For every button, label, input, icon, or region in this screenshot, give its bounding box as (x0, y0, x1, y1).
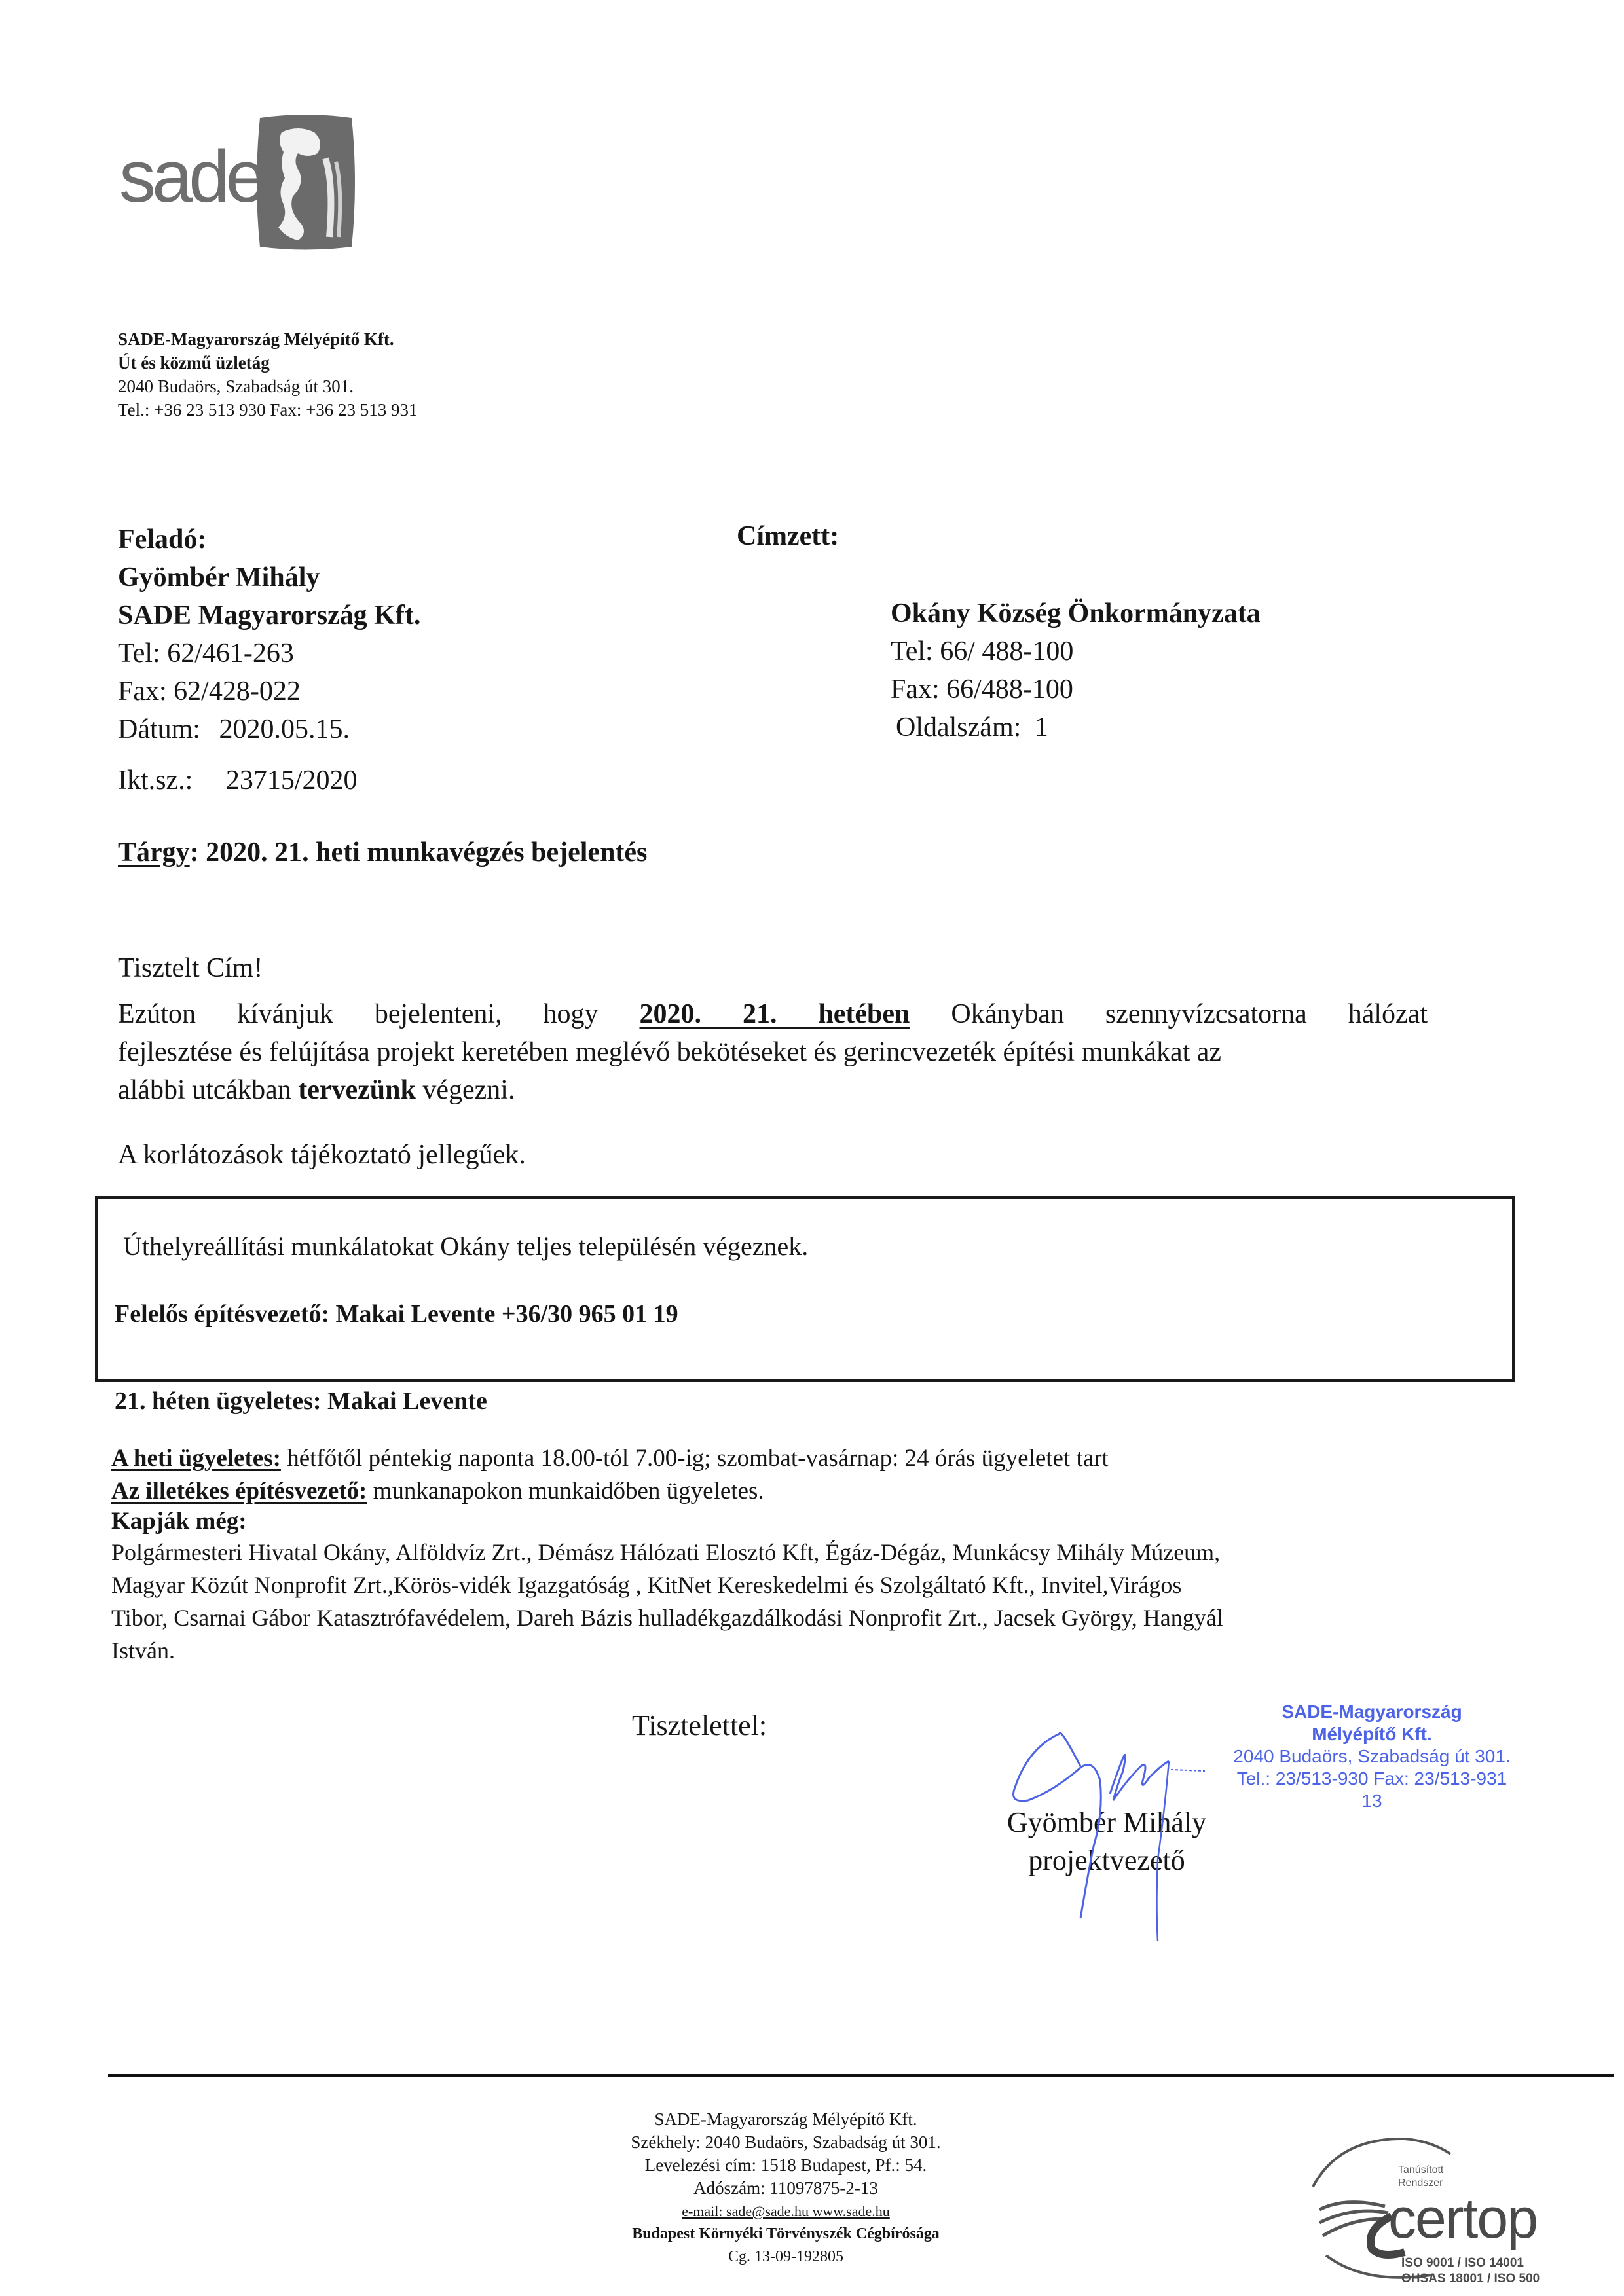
letterhead-contact: Tel.: +36 23 513 930 Fax: +36 23 513 931 (118, 398, 418, 422)
recipient-block: Okány Község Önkormányzata Tel: 66/ 488-… (891, 594, 1261, 746)
letterhead-company: SADE-Magyarország Mélyépítő Kft. (118, 327, 418, 351)
certop-iso-1: ISO 9001 / ISO 14001 (1401, 2255, 1540, 2271)
sender-ref-row: Ikt.sz.: 23715/2020 (118, 761, 420, 799)
sender-block: Feladó: Gyömbér Mihály SADE Magyarország… (118, 520, 420, 799)
closing-regards: Tisztelettel: (632, 1709, 767, 1742)
greeting: Tisztelt Cím! (118, 953, 263, 984)
recipient-page-row: Oldalszám: 1 (891, 708, 1261, 746)
ref-label: Ikt.sz.: (118, 765, 193, 795)
p1-week: 2020. 21. hetében (640, 999, 910, 1029)
notice-restoration: Úthelyreállítási munkálatokat Okány telj… (123, 1231, 808, 1262)
stamp-line-1: SADE-Magyarország (1218, 1701, 1526, 1723)
duty-week: 21. héten ügyeletes: Makai Levente (115, 1387, 487, 1415)
manager-duty-text: munkanapokon munkaidőben ügyeletes. (367, 1478, 764, 1504)
cc-line: Polgármesteri Hivatal Okány, Alföldvíz Z… (111, 1536, 1428, 1569)
letterhead-address: 2040 Budaörs, Szabadság út 301. (118, 374, 418, 398)
sade-emblem-icon (252, 113, 360, 253)
footer-tax: Adószám: 11097875-2-13 (553, 2177, 1018, 2200)
sender-label: Feladó: (118, 520, 420, 558)
cc-line: István. (111, 1634, 1428, 1667)
recipient-label: Címzett: (737, 520, 839, 552)
p1-line3-bold: tervezünk (298, 1075, 416, 1105)
cc-line: Magyar Közút Nonprofit Zrt.,Körös-vidék … (111, 1569, 1428, 1601)
certop-iso-2: OHSAS 18001 / ISO 500 (1401, 2271, 1540, 2287)
manager-duty-label: Az illetékes építésvezető: (111, 1478, 367, 1504)
stamp-line-4: Tel.: 23/513-930 Fax: 23/513-931 (1218, 1768, 1526, 1790)
sender-fax: Fax: 62/428-022 (118, 672, 420, 710)
recipient-tel: Tel: 66/ 488-100 (891, 632, 1261, 670)
footer-company: SADE-Magyarország Mélyépítő Kft. (553, 2108, 1018, 2131)
footer-court: Budapest Környéki Törvényszék Cégbíróság… (553, 2223, 1018, 2246)
footer-web-link[interactable]: e-mail: sade@sade.hu www.sade.hu (553, 2200, 1018, 2223)
letterhead-block: SADE-Magyarország Mélyépítő Kft. Út és k… (118, 327, 418, 422)
recipient-name: Okány Község Önkormányzata (891, 594, 1261, 632)
cc-line: Tibor, Csarnai Gábor Katasztrófavédelem,… (111, 1601, 1428, 1634)
subject-text: : 2020. 21. heti munkavégzés bejelentés (190, 837, 648, 867)
weekly-duty-row: A heti ügyeletes: hétfőtől péntekig napo… (111, 1442, 1486, 1475)
recipient-fax: Fax: 66/488-100 (891, 670, 1261, 708)
footer-reg: Cg. 13-09-192805 (553, 2246, 1018, 2269)
certop-brand: certop (1388, 2187, 1537, 2251)
certop-caption: Tanúsított Rendszer (1398, 2164, 1443, 2190)
date-label: Dátum: (118, 714, 200, 744)
page-number: 1 (1035, 712, 1048, 742)
notice-site-manager: Felelős építésvezető: Makai Levente +36/… (115, 1300, 678, 1328)
footer-block: SADE-Magyarország Mélyépítő Kft. Székhel… (553, 2108, 1018, 2269)
weekly-duty-label: A heti ügyeletes: (111, 1445, 281, 1472)
date-value: 2020.05.15. (219, 714, 350, 744)
letterhead-division: Út és közmű üzletág (118, 351, 418, 374)
restrictions-note: A korlátozások tájékoztató jellegűek. (118, 1139, 526, 1171)
paragraph-line-2: fejlesztése és felújítása projekt kereté… (118, 1033, 1428, 1071)
stamp-line-5: 13 (1218, 1790, 1526, 1812)
certop-caption-1: Tanúsított (1398, 2164, 1443, 2177)
paragraph-line-1: Ezúton kívánjuk bejelenteni, hogy 2020. … (118, 995, 1428, 1033)
sender-company: SADE Magyarország Kft. (118, 596, 420, 634)
sender-date-row: Dátum: 2020.05.15. (118, 710, 420, 748)
company-logo-text: sade (119, 134, 263, 219)
p1-line3-end: végezni. (416, 1075, 515, 1105)
sender-tel: Tel: 62/461-263 (118, 634, 420, 672)
p1-line3-start: alábbi utcákban (118, 1075, 298, 1105)
footer-mail: Levelezési cím: 1518 Budapest, Pf.: 54. (553, 2154, 1018, 2177)
cc-label: Kapják még: (111, 1508, 1486, 1535)
stamp-line-2: Mélyépítő Kft. (1218, 1723, 1526, 1745)
stamp-line-3: 2040 Budaörs, Szabadság út 301. (1218, 1745, 1526, 1768)
footer-divider (108, 2074, 1614, 2077)
sender-name: Gyömbér Mihály (118, 558, 420, 596)
subject-line: Tárgy: 2020. 21. heti munkavégzés bejele… (118, 837, 647, 868)
notice-box (95, 1196, 1515, 1382)
ref-value: 23715/2020 (226, 765, 358, 795)
company-stamp: SADE-Magyarország Mélyépítő Kft. 2040 Bu… (1218, 1701, 1526, 1812)
p1-rest: Okányban szennyvízcsatorna hálózat (910, 999, 1428, 1029)
weekly-duty-text: hétfőtől péntekig naponta 18.00-tól 7.00… (281, 1445, 1109, 1472)
paragraph-line-3: alábbi utcákban tervezünk végezni. (118, 1071, 1428, 1109)
duty-info: A heti ügyeletes: hétfőtől péntekig napo… (111, 1442, 1486, 1535)
subject-label: Tárgy (118, 837, 190, 867)
certop-iso-list: ISO 9001 / ISO 14001 OHSAS 18001 / ISO 5… (1401, 2255, 1540, 2287)
footer-seat: Székhely: 2040 Budaörs, Szabadság út 301… (553, 2131, 1018, 2154)
manager-duty-row: Az illetékes építésvezető: munkanapokon … (111, 1475, 1486, 1508)
page-label: Oldalszám: (896, 712, 1021, 742)
p1-start: Ezúton kívánjuk bejelenteni, hogy (118, 999, 640, 1029)
cc-list: Polgármesteri Hivatal Okány, Alföldvíz Z… (111, 1536, 1428, 1667)
handwritten-signature-icon (989, 1709, 1251, 1958)
intro-paragraph: Ezúton kívánjuk bejelenteni, hogy 2020. … (118, 995, 1428, 1109)
